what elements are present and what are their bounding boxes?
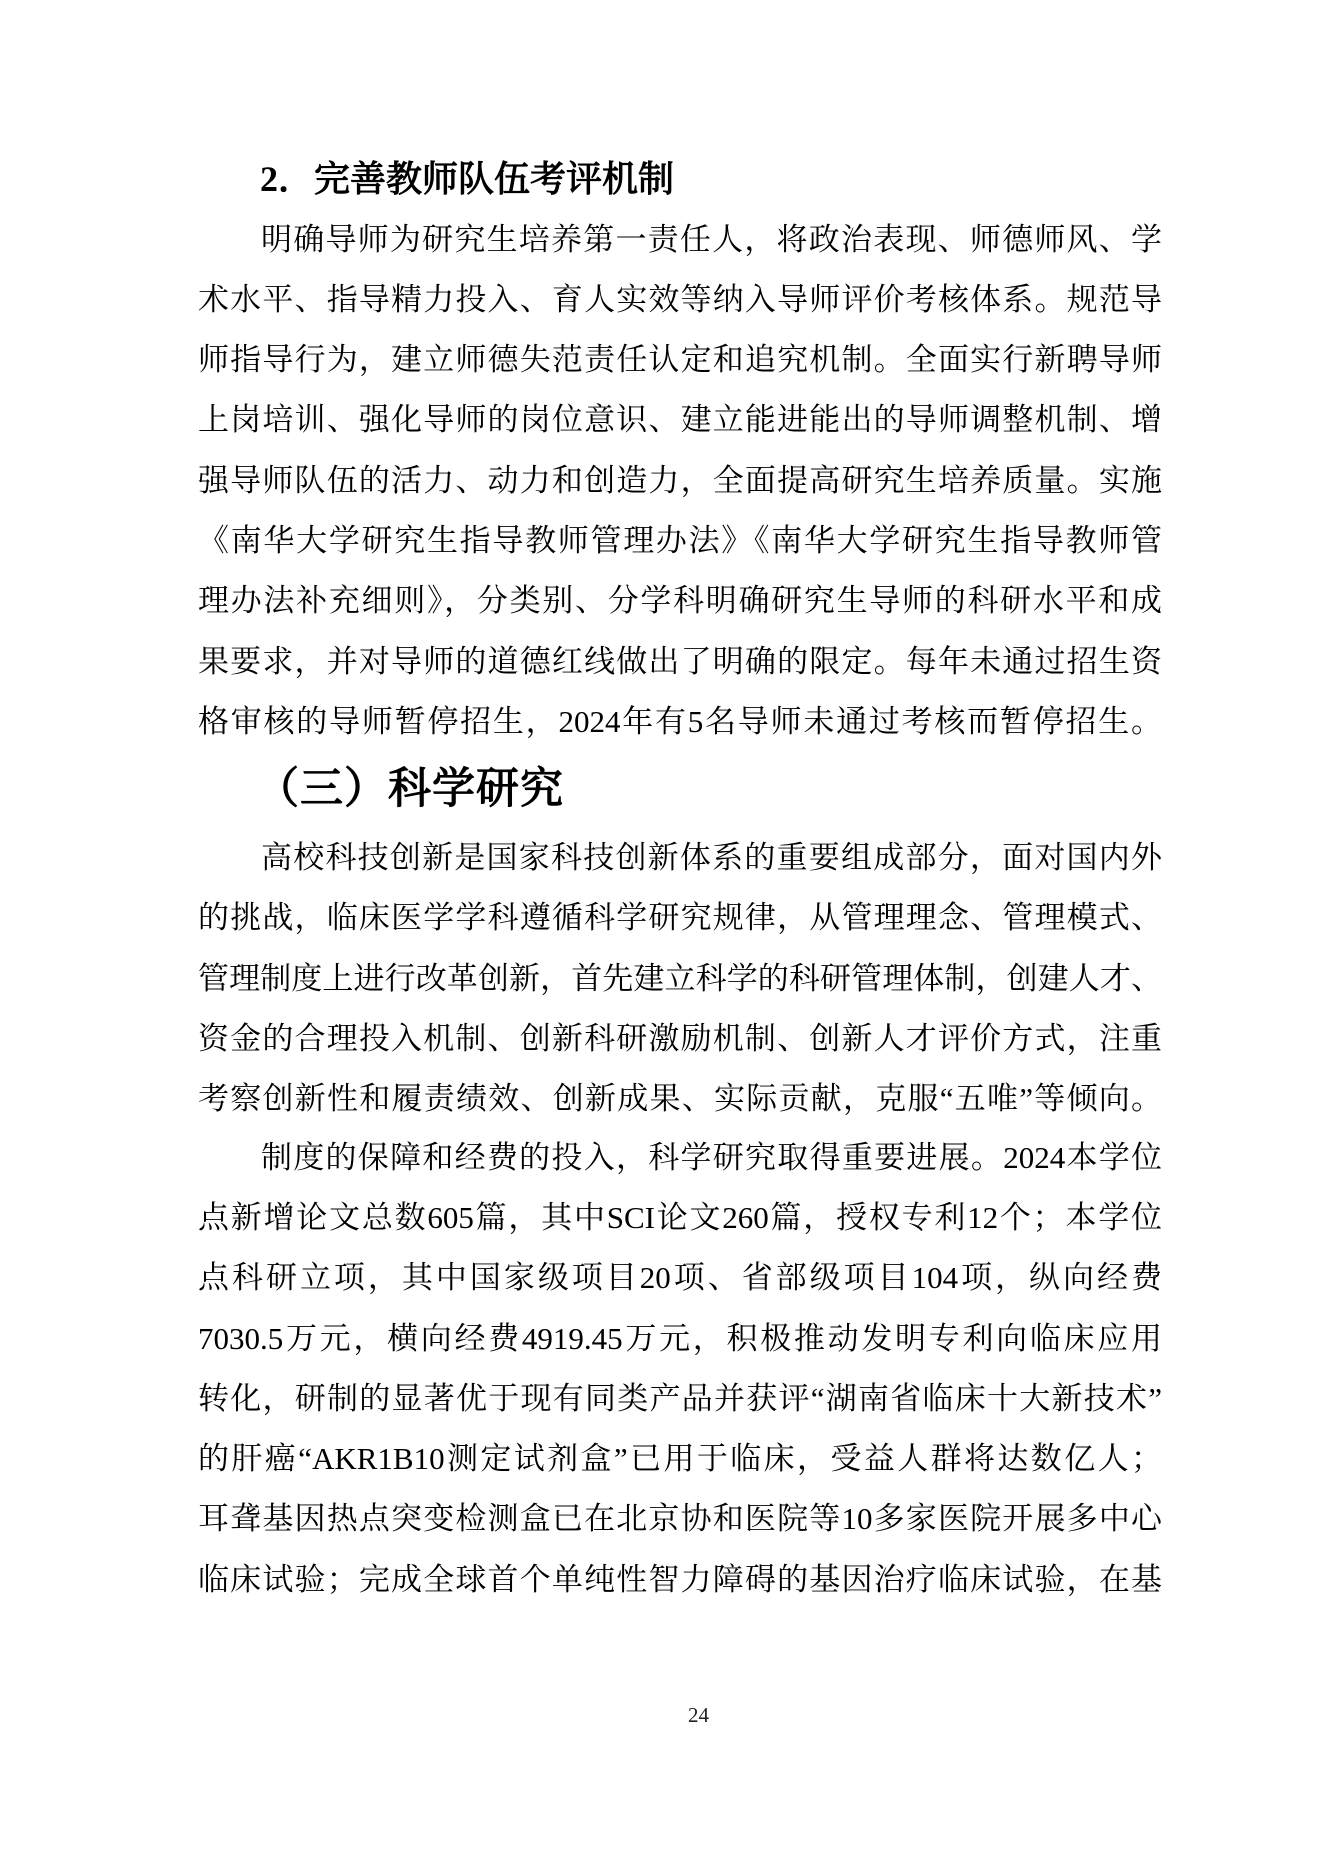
paragraph-line: 师指导行为，建立师德失范责任认定和追究机制。全面实行新聘导师 xyxy=(198,330,1162,390)
paragraph-line: 上岗培训、强化导师的岗位意识、建立能进能出的导师调整机制、增 xyxy=(198,390,1162,450)
paragraph-line: 点科研立项，其中国家级项目20项、省部级项目104项，纵向经费 xyxy=(198,1248,1162,1308)
paragraph-teacher-evaluation: 明确导师为研究生培养第一责任人，将政治表现、师德师风、学 术水平、指导精力投入、… xyxy=(198,210,1162,753)
paragraph-line: 高校科技创新是国家科技创新体系的重要组成部分，面对国内外 xyxy=(198,828,1162,888)
paragraph-line: 理办法补充细则》，分类别、分学科明确研究生导师的科研水平和成 xyxy=(198,571,1162,631)
paragraph-line: 《南华大学研究生指导教师管理办法》《南华大学研究生指导教师管 xyxy=(198,511,1162,571)
paragraph-line: 格审核的导师暂停招生，2024年有5名导师未通过考核而暂停招生。 xyxy=(198,692,1162,752)
paragraph-line: 强导师队伍的活力、动力和创造力，全面提高研究生培养质量。实施 xyxy=(198,451,1162,511)
paragraph-line: 管理制度上进行改革创新，首先建立科学的科研管理体制，创建人才、 xyxy=(198,949,1162,1009)
paragraph-line: 资金的合理投入机制、创新科研激励机制、创新人才评价方式，注重 xyxy=(198,1009,1162,1069)
paragraph-line: 果要求，并对导师的道德红线做出了明确的限定。每年未通过招生资 xyxy=(198,632,1162,692)
paragraph-line: 的挑战，临床医学学科遵循科学研究规律，从管理理念、管理模式、 xyxy=(198,888,1162,948)
paragraph-line: 的肝癌“AKR1B10测定试剂盒”已用于临床，受益人群将达数亿人； xyxy=(198,1429,1162,1489)
paragraph-line: 考察创新性和履责绩效、创新成果、实际贡献，克服“五唯”等倾向。 xyxy=(198,1069,1162,1129)
section-heading: （三）科学研究 xyxy=(198,757,1162,821)
paragraph-line: 制度的保障和经费的投入，科学研究取得重要进展。2024本学位 xyxy=(198,1128,1162,1188)
paragraph-line: 点新增论文总数605篇，其中SCI论文260篇，授权专利12个；本学位 xyxy=(198,1188,1162,1248)
paragraph-research-reform: 高校科技创新是国家科技创新体系的重要组成部分，面对国内外 的挑战，临床医学学科遵… xyxy=(198,828,1162,1129)
paragraph-line: 明确导师为研究生培养第一责任人，将政治表现、师德师风、学 xyxy=(198,210,1162,270)
paragraph-research-progress: 制度的保障和经费的投入，科学研究取得重要进展。2024本学位 点新增论文总数60… xyxy=(198,1128,1162,1610)
paragraph-line: 转化，研制的显著优于现有同类产品并获评“湖南省临床十大新技术” xyxy=(198,1369,1162,1429)
paragraph-line: 耳聋基因热点突变检测盒已在北京协和医院等10多家医院开展多中心 xyxy=(198,1489,1162,1549)
paragraph-line: 临床试验；完成全球首个单纯性智力障碍的基因治疗临床试验，在基 xyxy=(198,1550,1162,1610)
paragraph-line: 术水平、指导精力投入、育人实效等纳入导师评价考核体系。规范导 xyxy=(198,270,1162,330)
document-body: 2．完善教师队伍考评机制 明确导师为研究生培养第一责任人，将政治表现、师德师风、… xyxy=(198,149,1162,1610)
page-number: 24 xyxy=(37,1703,1323,1728)
subsection-heading: 2．完善教师队伍考评机制 xyxy=(198,149,1162,210)
paragraph-line: 7030.5万元，横向经费4919.45万元，积极推动发明专利向临床应用 xyxy=(198,1309,1162,1369)
